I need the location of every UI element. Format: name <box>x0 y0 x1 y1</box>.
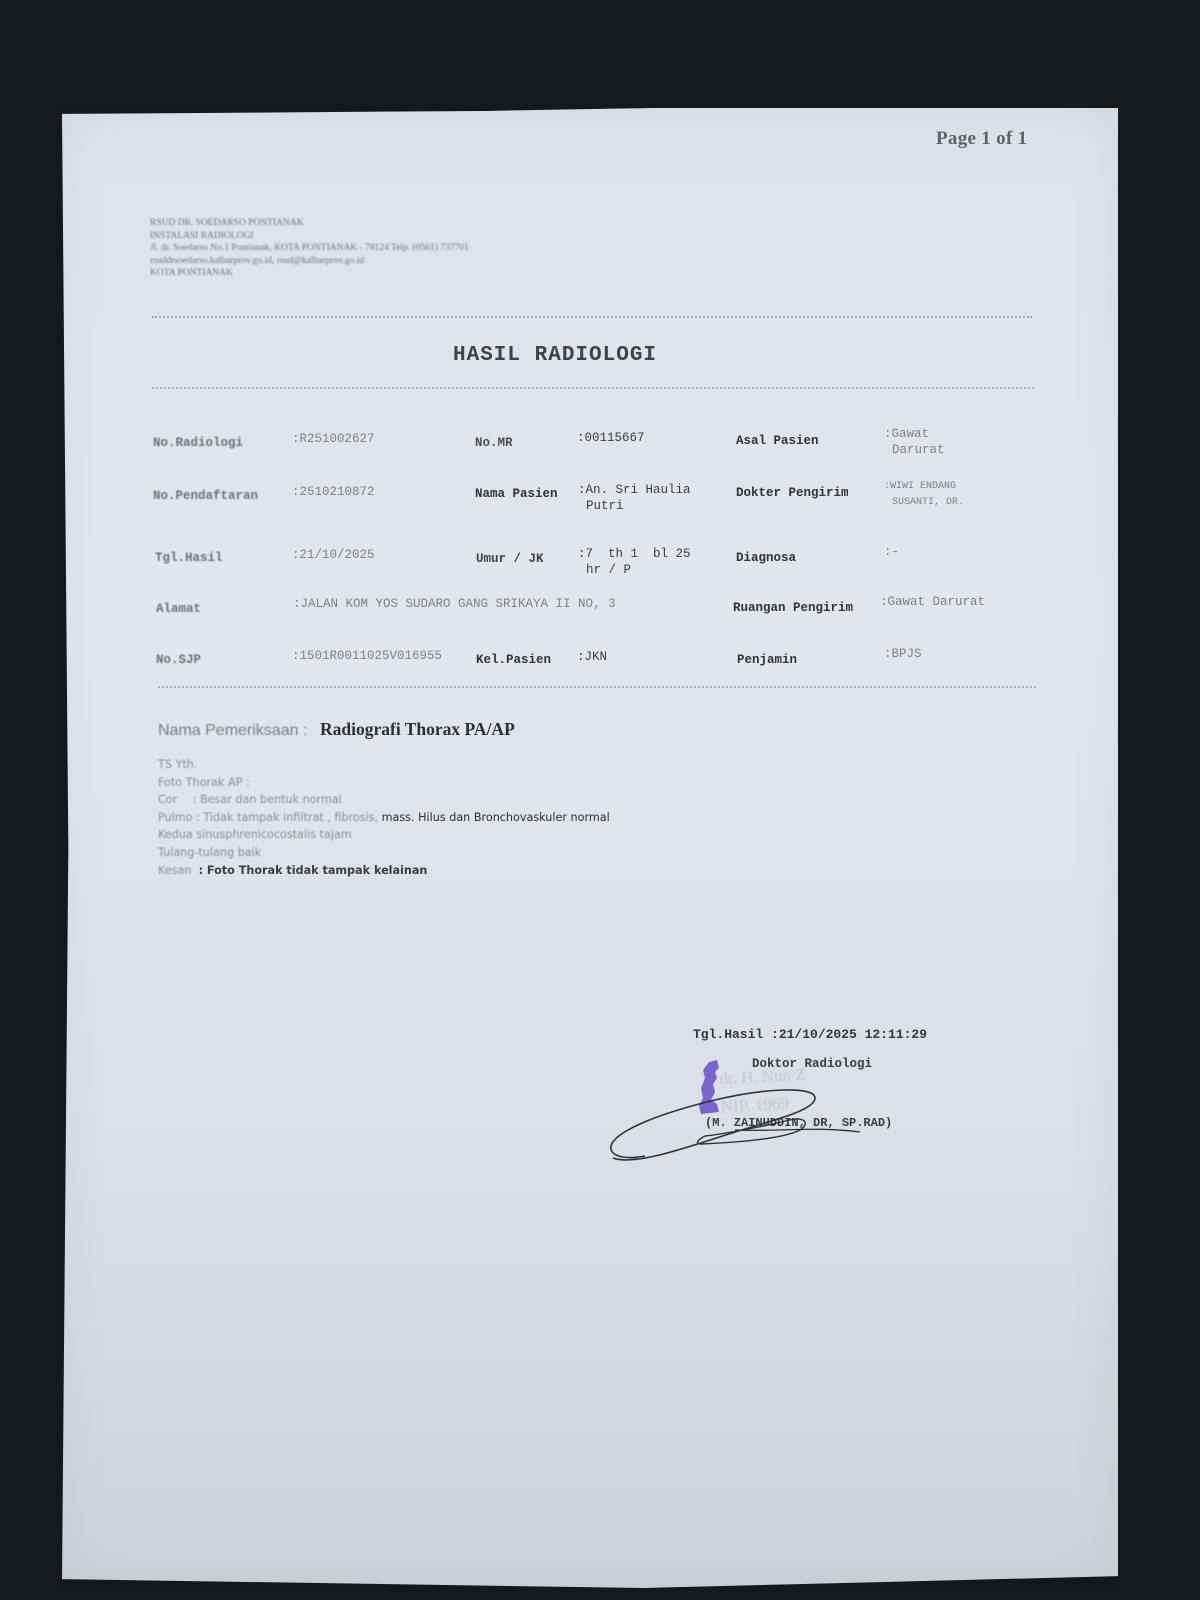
divider-title <box>152 387 1034 389</box>
cor-label: Cor <box>158 791 182 809</box>
penjamin: BPJS <box>892 647 922 661</box>
label-dokter-pengirim: Dokter Pengirim <box>736 486 849 500</box>
value-penjamin: :BPJS <box>884 647 922 661</box>
kel-pasien: JKN <box>585 650 608 664</box>
value-ruangan-pengirim: :Gawat Darurat <box>880 595 985 609</box>
dokter-pengirim-line2: SUSANTI, DR. <box>884 495 964 511</box>
findings-sinus: Kedua sinusphrenicocostalis tajam <box>158 826 610 844</box>
label-tgl-hasil: Tgl.Hasil <box>155 551 223 565</box>
label-ruangan-pengirim: Ruangan Pengirim <box>733 601 853 615</box>
label-asal-pasien: Asal Pasien <box>736 434 819 448</box>
umur-line2: hr / P <box>578 562 691 578</box>
findings-heading: Foto Thorak AP : <box>158 774 610 792</box>
no-sjp: 1501R0011025V016955 <box>300 649 443 663</box>
kesan-value: : Foto Thorak tidak tampak kelainan <box>199 864 428 877</box>
pulmo-value-part1: : Tidak tampak infiltrat , fibrosis, <box>196 811 378 824</box>
document-title: HASIL RADIOLOGI <box>453 344 657 367</box>
letterhead-line: RSUD DR. SOEDARSO PONTIANAK <box>150 217 469 230</box>
label-nama-pasien: Nama Pasien <box>475 487 558 501</box>
label-no-radiologi: No.Radiologi <box>153 436 243 450</box>
value-asal-pasien: :Gawat Darurat <box>884 426 945 458</box>
page-indicator: Page 1 of 1 <box>936 128 1027 150</box>
tgl-hasil: 21/10/2025 <box>300 548 375 562</box>
divider-top <box>152 316 1032 318</box>
label-no-sjp: No.SJP <box>156 653 201 667</box>
nama-pasien-line1: An. Sri Haulia <box>586 483 691 497</box>
hospital-letterhead: RSUD DR. SOEDARSO PONTIANAK INSTALASI RA… <box>150 217 469 280</box>
no-pendaftaran: 2510210872 <box>300 485 375 499</box>
diagnosa: - <box>892 545 900 559</box>
pulmo-value-part2: mass. Hilus dan Bronchovaskuler normal <box>378 811 610 824</box>
exam-label: Nama Pemeriksaan : <box>158 722 307 740</box>
dokter-pengirim-line1: WIWI ENDANG <box>890 481 956 492</box>
alamat: JALAN KOM YOS SUDARO GANG SRIKAYA II NO,… <box>301 597 616 611</box>
findings-block: TS Yth. Foto Thorak AP : Cor : Besar dan… <box>158 756 610 879</box>
findings-pulmo: Pulmo : Tidak tampak infiltrat , fibrosi… <box>158 809 610 827</box>
cor-value: : Besar dan bentuk normal <box>193 793 342 806</box>
no-mr: 00115667 <box>585 431 645 445</box>
label-no-pendaftaran: No.Pendaftaran <box>153 489 258 503</box>
divider-info <box>158 686 1036 688</box>
findings-kesan: Kesan : Foto Thorak tidak tampak kelaina… <box>158 862 610 880</box>
value-nama-pasien: :An. Sri Haulia Putri <box>578 482 691 514</box>
value-no-radiologi: :R251002627 <box>292 432 375 446</box>
kesan-label: Kesan <box>158 864 191 877</box>
signature-date: Tgl.Hasil :21/10/2025 12:11:29 <box>693 1027 927 1042</box>
letterhead-line: INSTALASI RADIOLOGI <box>150 230 469 243</box>
label-diagnosa: Diagnosa <box>736 551 796 565</box>
label-no-mr: No.MR <box>475 436 513 450</box>
value-umur-jk: :7 th 1 bl 25 hr / P <box>578 546 691 578</box>
pulmo-label: Pulmo <box>158 811 193 824</box>
value-alamat: :JALAN KOM YOS SUDARO GANG SRIKAYA II NO… <box>293 597 616 611</box>
label-kel-pasien: Kel.Pasien <box>476 653 551 667</box>
signature-scribble <box>605 1080 875 1165</box>
letterhead-line: KOTA PONTIANAK <box>150 267 469 280</box>
value-diagnosa: :- <box>884 545 899 559</box>
value-tgl-hasil: :21/10/2025 <box>292 548 375 562</box>
findings-tulang: Tulang-tulang baik <box>158 844 610 862</box>
label-penjamin: Penjamin <box>737 653 797 667</box>
findings-salutation: TS Yth. <box>158 756 610 774</box>
value-kel-pasien: :JKN <box>577 650 607 664</box>
ruangan-pengirim: Gawat Darurat <box>888 595 986 609</box>
findings-cor: Cor : Besar dan bentuk normal <box>158 791 610 809</box>
umur-line1: 7 th 1 bl 25 <box>586 547 691 561</box>
asal-pasien-line2: Darurat <box>884 442 945 458</box>
letterhead-line: rsuddrsoedarso.kalbarprov.go.id, rsud@ka… <box>150 255 469 268</box>
value-no-mr: :00115667 <box>577 431 645 445</box>
value-no-sjp: :1501R0011025V016955 <box>292 649 442 663</box>
asal-pasien-line1: Gawat <box>892 427 930 441</box>
value-no-pendaftaran: :2510210872 <box>292 485 375 499</box>
no-radiologi: R251002627 <box>300 432 375 446</box>
value-dokter-pengirim: :WIWI ENDANG SUSANTI, DR. <box>884 479 964 511</box>
nama-pasien-line2: Putri <box>578 498 691 514</box>
exam-value: Radiografi Thorax PA/AP <box>320 719 515 740</box>
label-umur-jk: Umur / JK <box>476 552 544 566</box>
letterhead-line: Jl. dr. Soedarso No.1 Pontianak, KOTA PO… <box>150 242 469 255</box>
label-alamat: Alamat <box>156 602 201 616</box>
